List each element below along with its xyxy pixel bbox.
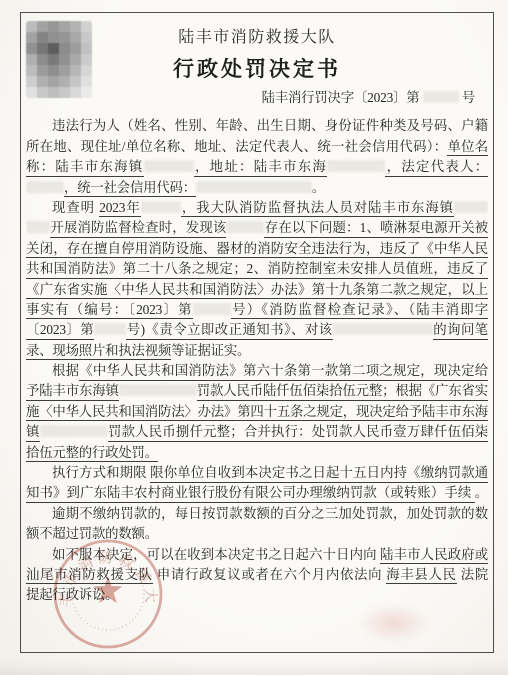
mosaic-cell	[37, 54, 48, 65]
mosaic-cell	[81, 43, 92, 54]
mosaic-cell	[48, 87, 59, 98]
text-segment: 知书》到广东陆丰农村商业银行股份有限公司办理缴纳罚款（或转账）手续	[26, 485, 475, 503]
mosaic-cell	[48, 65, 59, 76]
redaction-blur	[193, 303, 231, 315]
document-body: 违法行为人（姓名、性别、年龄、出生日期、身份证件种类及号码、户籍所在地、现住址/…	[21, 110, 493, 605]
body-line: ，统一社会信用代码：。	[26, 178, 488, 198]
mosaic-cell	[26, 54, 37, 65]
text-segment: 号	[459, 90, 475, 105]
mosaic-cell	[81, 21, 92, 32]
text-segment: 现查明	[52, 200, 99, 215]
mosaic-cell	[81, 65, 92, 76]
text-segment: 海丰县人民	[386, 567, 456, 585]
text-segment: 录、现场照片和执法视频	[26, 343, 171, 361]
scanned-document-page: { "header": { "org": "陆丰市消防救援大队", "title…	[0, 0, 508, 675]
text-segment: 罚款人民币陆仟伍佰柒拾伍元整；根据《广东省实	[197, 383, 488, 401]
body-line: 《广东省实施〈中华人民共和国消防法〉办法》第十九条第二款之规定，以上	[26, 280, 488, 300]
scan-background: 陆丰市消防救援大队 行政处罚决定书 陆丰消行罚决字〔2023〕第 号 违法行为人…	[0, 0, 508, 675]
text-segment: 称：陆丰市东海镇	[26, 159, 144, 177]
body-line: 逾期不缴纳罚款的，每日按罚款数额的百分之三加处罚款，加处罚款的数	[26, 504, 488, 524]
document-border-frame: 陆丰市消防救援大队 行政处罚决定书 陆丰消行罚决字〔2023〕第 号 违法行为人…	[20, 12, 494, 653]
redaction-blur	[26, 221, 50, 233]
mosaic-cell	[59, 43, 70, 54]
text-segment: 予陆丰市东海镇	[26, 383, 119, 401]
body-line: 事实有（编号：〔2023〕第号）《消防监督检查记录》、（陆丰消即字	[26, 300, 488, 320]
mosaic-cell	[48, 32, 59, 43]
text-segment: 申请行政复议或者在六个月内依法向	[153, 567, 386, 582]
mosaic-cell	[81, 76, 92, 87]
text-segment: 事实有（编号：〔2023〕第	[26, 302, 193, 320]
body-line: 予陆丰市东海镇罚款人民币陆仟伍佰柒拾伍元整；根据《广东省实	[26, 381, 488, 401]
text-segment: ，法定代表人：	[385, 159, 488, 177]
text-segment: 根据	[52, 363, 79, 378]
text-segment: 逾期不缴纳罚款的，每日按罚款数额的百分之三加处罚款，加处罚款的数	[52, 506, 488, 521]
body-line: 〔2023〕第号)《责令立即改正通知书》、对该的询问笔	[26, 320, 488, 340]
mosaic-cell	[70, 76, 81, 87]
redaction-blur	[454, 201, 488, 213]
text-segment: 违法行为人（姓名、性别、年龄、出生日期、身份证件种类及号码、户籍	[52, 118, 488, 133]
mosaic-cell	[70, 87, 81, 98]
mosaic-cell	[70, 54, 81, 65]
text-segment: 法院	[457, 567, 488, 582]
mosaic-cell	[70, 32, 81, 43]
text-segment: 。	[475, 485, 488, 500]
body-line: 共和国消防法》第二十八条之规定；2、消防控制室未安排人员值班，违反了	[26, 259, 488, 279]
mosaic-cell	[70, 43, 81, 54]
text-segment: 存在以下问题：1、喷淋泵电源开关被	[264, 220, 488, 238]
redaction-blur	[226, 221, 264, 233]
official-seal: 陆丰市消防救援大队	[49, 535, 167, 653]
mosaic-cell	[26, 43, 37, 54]
mosaic-cell	[26, 32, 37, 43]
mosaic-cell	[26, 76, 37, 87]
text-segment: 等证据证实。	[171, 343, 250, 358]
body-line: 称：陆丰市东海镇，地址：陆丰市东海，法定代表人：	[26, 157, 488, 177]
mosaic-cell	[48, 21, 59, 32]
mosaic-cell	[26, 87, 37, 98]
mosaic-cell	[37, 87, 48, 98]
body-line: 违法行为人（姓名、性别、年龄、出生日期、身份证件种类及号码、户籍	[26, 116, 488, 136]
body-line: 关闭，存在擅自停用消防设施、器材的消防安全违法行为，违反了《中华人民	[26, 239, 488, 259]
mosaic-cell	[26, 65, 37, 76]
text-segment: 陆丰市人民政府或	[380, 547, 488, 565]
mosaic-cell	[48, 43, 59, 54]
mosaic-cell	[81, 54, 92, 65]
text-segment: 单位名	[447, 139, 488, 157]
text-segment: 拾伍元整的行政处罚。	[26, 445, 158, 463]
redaction-blur	[119, 384, 197, 396]
text-segment: 。	[312, 180, 325, 195]
body-line: 施〈中华人民共和国消防法〉办法》第四十五条之规定，现决定给予陆丰市东海	[26, 402, 488, 422]
text-segment: 关闭，存在擅自停用消防设施、器材的消防安全违法行为，违反了《中华人民	[26, 241, 488, 259]
redaction-blur	[144, 160, 194, 172]
redaction-blur	[196, 181, 312, 193]
mosaic-cell	[37, 76, 48, 87]
body-line: 知书》到广东陆丰农村商业银行股份有限公司办理缴纳罚款（或转账）手续 。	[26, 483, 488, 503]
text-segment: ，我大队消防监督执法人员对陆丰市东海镇	[181, 200, 454, 218]
redaction-blur	[423, 91, 459, 103]
text-segment: 的询问笔	[433, 322, 488, 340]
text-segment: 陆丰消行罚决字〔2023〕第	[262, 90, 423, 105]
mosaic-cell	[37, 65, 48, 76]
mosaic-cell	[70, 21, 81, 32]
mosaic-cell	[81, 87, 92, 98]
mosaic-cell	[81, 32, 92, 43]
pixelated-redaction-block	[26, 21, 92, 98]
text-segment: ，统一社会信用代码：	[64, 180, 196, 198]
redaction-blur	[327, 160, 385, 172]
text-segment: 《广东省实施〈中华人民共和国消防法〉办法》第十九条第二款之规定，以上	[26, 282, 488, 300]
redaction-blur	[26, 181, 64, 193]
body-line: 执行方式和期限 限你单位自收到本决定书之日起十五日内持《缴纳罚款通	[26, 463, 488, 483]
text-segment: 号)《责令立即改正通知书》、对该	[126, 322, 332, 340]
text-segment: 《中华人民共和国消防法》第六十条第一款第二项之规定，现决定给	[79, 363, 488, 381]
text-segment: 共和国消防法》第二十八条之规定；2、消防控制室未安排人员值班，违反了	[26, 261, 488, 279]
text-segment: 执行方式和期限	[52, 465, 150, 480]
mosaic-cell	[48, 54, 59, 65]
text-segment: 2023年	[99, 200, 140, 218]
body-line: 拾伍元整的行政处罚。	[26, 443, 488, 463]
text-segment: 开展消防监督检查时，发现该	[50, 220, 226, 238]
body-line: 录、现场照片和执法视频等证据证实。	[26, 341, 488, 361]
mosaic-cell	[59, 54, 70, 65]
seal-star-icon	[94, 576, 123, 603]
mosaic-cell	[59, 32, 70, 43]
redaction-blur	[141, 201, 181, 213]
body-line: 所在地、现住址/单位名称、地址、法定代表人、统一社会信用代码）：单位名	[26, 137, 488, 157]
mosaic-cell	[48, 76, 59, 87]
mosaic-cell	[37, 32, 48, 43]
text-segment: 所在地、现住址/单位名称、地址、法定代表人、统一社会信用代码）：	[26, 139, 447, 154]
body-line: 镇罚款人民币捌仟元整；合并执行：处罚款人民币壹万肆仟伍佰柒	[26, 422, 488, 442]
scan-edge-shadow	[0, 661, 508, 675]
mosaic-cell	[59, 65, 70, 76]
body-line: 现查明 2023年，我大队消防监督执法人员对陆丰市东海镇	[26, 198, 488, 218]
body-line: 根据《中华人民共和国消防法》第六十条第一款第二项之规定，现决定给	[26, 361, 488, 381]
text-segment: 施〈中华人民共和国消防法〉办法》第四十五条之规定，现决定给予陆丰市东海	[26, 404, 488, 422]
mosaic-cell	[26, 21, 37, 32]
body-line: 开展消防监督检查时，发现该存在以下问题：1、喷淋泵电源开关被	[26, 218, 488, 238]
mosaic-cell	[59, 76, 70, 87]
text-segment: 限你单位自收到本决定书之日起十五日内持《缴纳罚款通	[150, 465, 488, 483]
mosaic-cell	[59, 87, 70, 98]
text-segment: 号）《消防监督检查记录》、（陆丰消即字	[231, 302, 488, 320]
mosaic-cell	[59, 21, 70, 32]
text-segment: 〔2023〕第	[26, 322, 94, 340]
redaction-blur	[333, 323, 433, 335]
text-segment: 罚款人民币捌仟元整；合并执行：处罚款人民币壹万肆仟伍佰柒	[108, 424, 488, 442]
redaction-blur	[94, 323, 126, 335]
redaction-blur	[40, 425, 108, 437]
text-segment: 镇	[26, 424, 40, 442]
text-segment: ，地址：陆丰市东海	[194, 159, 328, 177]
mosaic-cell	[37, 43, 48, 54]
mosaic-cell	[70, 65, 81, 76]
mosaic-cell	[37, 21, 48, 32]
